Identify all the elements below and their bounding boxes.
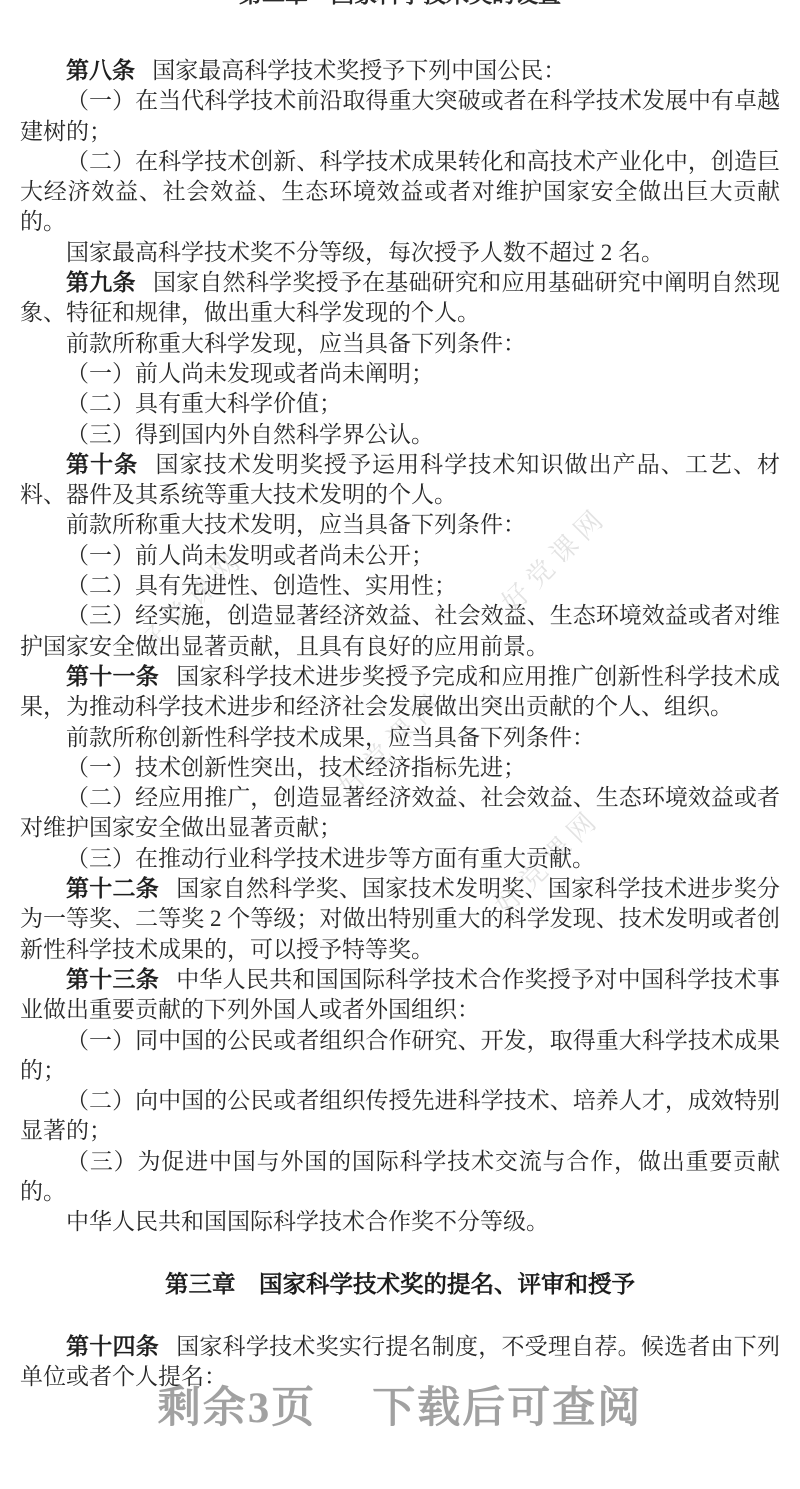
article-number: 第九条 [66,270,136,295]
paragraph: （一）技术创新性突出，技术经济指标先进； [20,753,780,783]
article-number: 第十三条 [66,967,159,992]
page-top-cut-heading: 第二章 国家科学技术奖的设置 [0,0,800,7]
paragraph: （一）同中国的公民或者组织合作研究、开发，取得重大科学技术成果的； [20,1026,780,1087]
paragraph: 前款所称重大技术发明，应当具备下列条件： [20,510,780,540]
paragraph: 第九条国家自然科学奖授予在基础研究和应用基础研究中阐明自然现象、特征和规律，做出… [20,268,780,329]
paragraph: （一）前人尚未发明或者尚未公开； [20,541,780,571]
paragraph: 前款所称重大科学发现，应当具备下列条件： [20,329,780,359]
paragraph: （二）向中国的公民或者组织传授先进科学技术、培养人才，成效特别显著的； [20,1086,780,1147]
article-number: 第十条 [66,452,138,477]
paragraph: （三）在推动行业科学技术进步等方面有重大贡献。 [20,844,780,874]
remaining-pages-banner[interactable]: 剩余3页下载后可查阅 [0,1384,800,1434]
remaining-pages-text: 剩余3页 [158,1385,317,1432]
paragraph: （三）经实施，创造显著经济效益、社会效益、生态环境效益或者对维护国家安全做出显著… [20,601,780,662]
paragraph: 中华人民共和国国际科学技术合作奖不分等级。 [20,1207,780,1237]
article-number: 第十四条 [66,1334,159,1359]
paragraph: 第十二条国家自然科学奖、国家技术发明奖、国家科学技术进步奖分为一等奖、二等奖 2… [20,874,780,965]
paragraph: （二）经应用推广，创造显著经济效益、社会效益、生态环境效益或者对维护国家安全做出… [20,783,780,844]
paragraph: （二）在科学技术创新、科学技术成果转化和高技术产业化中，创造巨大经济效益、社会效… [20,147,780,238]
paragraph: 国家最高科学技术奖不分等级，每次授予人数不超过 2 名。 [20,238,780,268]
paragraph: （一）在当代科学技术前沿取得重大突破或者在科学技术发展中有卓越建树的； [20,86,780,147]
paragraph: （二）具有先进性、创造性、实用性； [20,571,780,601]
paragraph: 第十条国家技术发明奖授予运用科学技术知识做出产品、工艺、材料、器件及其系统等重大… [20,450,780,511]
article-number: 第八条 [66,58,135,83]
chapter-heading: 第三章 国家科学技术奖的提名、评审和授予 [20,1270,780,1300]
paragraph: （三）为促进中国与外国的国际科学技术交流与合作，做出重要贡献的。 [20,1147,780,1208]
paragraph: 第十三条中华人民共和国国际科学技术合作奖授予对中国科学技术事业做出重要贡献的下列… [20,965,780,1026]
paragraph: 前款所称创新性科学技术成果，应当具备下列条件： [20,723,780,753]
download-hint-text: 下载后可查阅 [372,1385,642,1432]
paragraph: 第十一条国家科学技术进步奖授予完成和应用推广创新性科学技术成果，为推动科学技术进… [20,662,780,723]
paragraph: （二）具有重大科学价值； [20,389,780,419]
document-page: 第二章 国家科学技术奖的设置 好党课网 好党课网 好党课网 好党课网 第八条国家… [0,0,800,1489]
article-number: 第十二条 [66,876,159,901]
paragraph: （一）前人尚未发现或者尚未阐明； [20,359,780,389]
article-number: 第十一条 [66,664,159,689]
document-body: 第八条国家最高科学技术奖授予下列中国公民：（一）在当代科学技术前沿取得重大突破或… [20,56,780,1392]
paragraph: 第八条国家最高科学技术奖授予下列中国公民： [20,56,780,86]
paragraph: （三）得到国内外自然科学界公认。 [20,420,780,450]
